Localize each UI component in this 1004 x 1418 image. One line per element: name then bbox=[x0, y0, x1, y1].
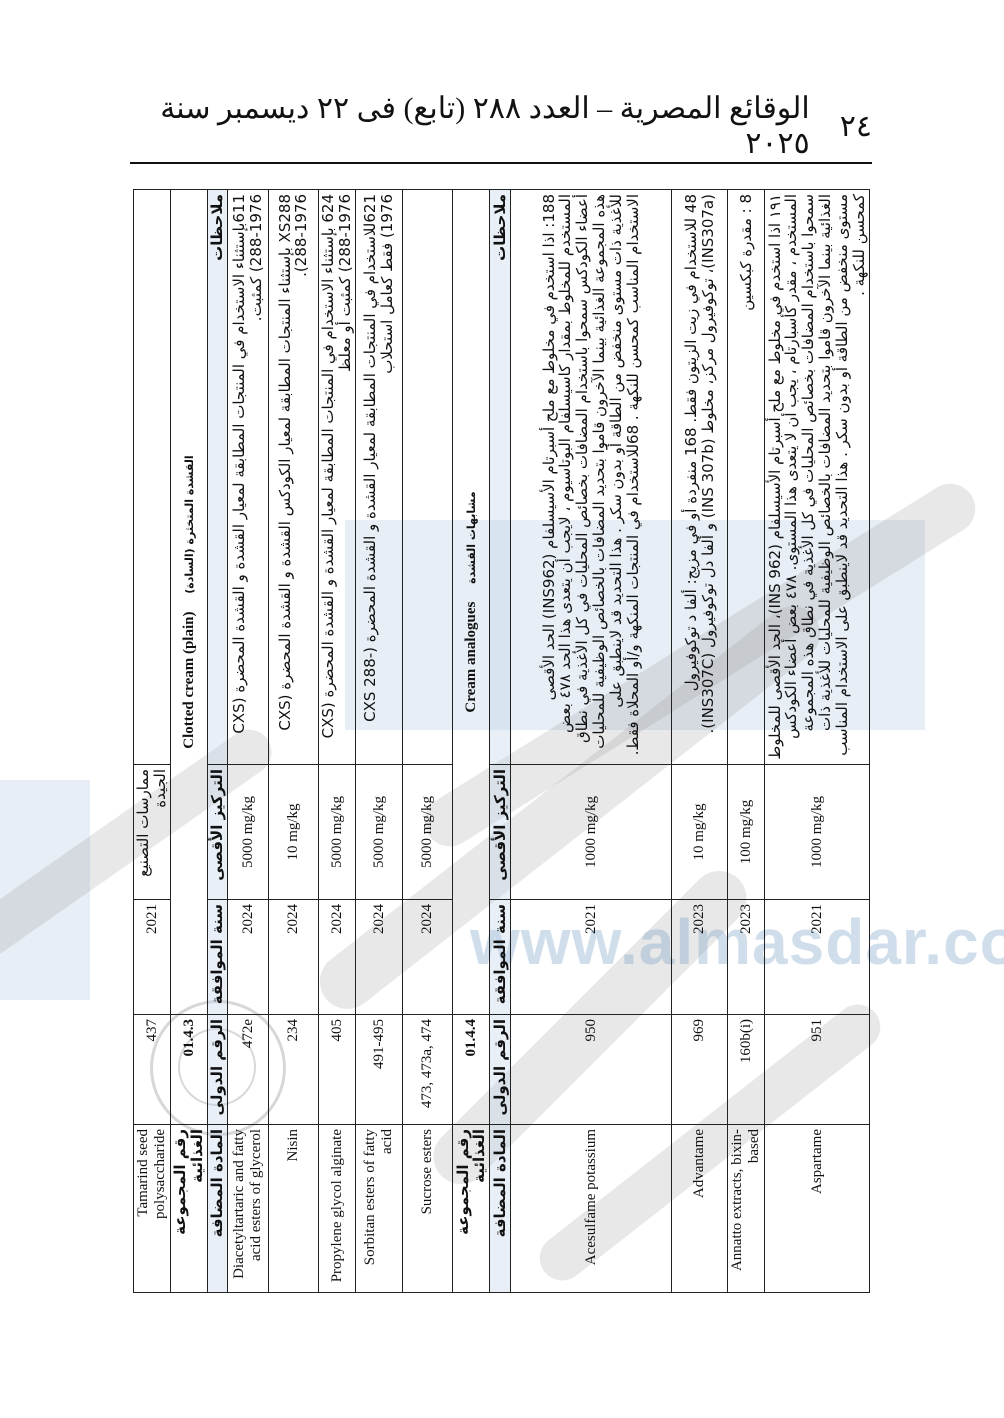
year-cell: 2024 bbox=[268, 900, 319, 1015]
substance-cell: Nisin bbox=[268, 1125, 319, 1293]
ins-cell: 405 bbox=[319, 1015, 356, 1125]
additives-table-container: Tamarind seed polysaccharide 437 2021 مم… bbox=[133, 190, 870, 1293]
group-title-en: Cream analogues bbox=[463, 602, 479, 713]
column-header-row: المادة المضافة الرقم الدولى سنة الموافقة… bbox=[208, 190, 228, 1293]
notes-cell: 48 للاستخدام في زيت الزيتون فقط. 168 منف… bbox=[672, 190, 728, 765]
max-level-cell: 5000 mg/kg bbox=[402, 765, 453, 900]
substance-cell: Sorbitan esters of fatty acid bbox=[356, 1125, 403, 1293]
table-row: Tamarind seed polysaccharide 437 2021 مم… bbox=[134, 190, 171, 1293]
table-row: Nisin 234 2024 10 mg/kg XS288 بإستثناء ا… bbox=[268, 190, 319, 1293]
group-title: Cream analogues مشابهات القشدة bbox=[453, 190, 490, 1015]
group-code: 01.4.3 bbox=[171, 1015, 208, 1125]
col-header-notes: ملاحظات bbox=[490, 190, 510, 765]
group-title-ar: القشدة المتخثرة (السادة) bbox=[183, 455, 196, 593]
substance-cell: Diacetyltartaric and fatty acid esters o… bbox=[228, 1125, 268, 1293]
table-row: Aspartame 951 2021 1000 mg/kg ١٩١ اذا اس… bbox=[764, 190, 869, 1293]
ins-cell: 473, 473a, 474 bbox=[402, 1015, 453, 1125]
ins-cell: 951 bbox=[764, 1015, 869, 1125]
max-level-cell: 1000 mg/kg bbox=[764, 765, 869, 900]
table-row: Diacetyltartaric and fatty acid esters o… bbox=[228, 190, 268, 1293]
max-level-cell: 5000 mg/kg bbox=[319, 765, 356, 900]
table-row: Sucrose esters 473, 473a, 474 2024 5000 … bbox=[402, 190, 453, 1293]
year-cell: 2021 bbox=[134, 900, 171, 1015]
year-cell: 2023 bbox=[727, 900, 764, 1015]
group-header-row: رقم المجموعة الغذائية 01.4.3 Clotted cre… bbox=[171, 190, 208, 1293]
notes-cell: ١٩١ اذا استخدم في مخلوط مع ملح أسبرتام ا… bbox=[764, 190, 869, 765]
notes-cell: 624 بإستثناء الاستخدام في المنتجات المطا… bbox=[319, 190, 356, 765]
substance-cell: Acesulfame potassium bbox=[510, 1125, 672, 1293]
year-cell: 2024 bbox=[228, 900, 268, 1015]
col-header-substance: المادة المضافة bbox=[208, 1125, 228, 1293]
group-title-en: Clotted cream (plain) bbox=[181, 612, 197, 749]
group-header-row: رقم المجموعة الغذائية 01.4.4 Cream analo… bbox=[453, 190, 490, 1293]
header-divider bbox=[130, 162, 872, 164]
col-header-notes: ملاحظات bbox=[208, 190, 228, 765]
year-cell: 2024 bbox=[319, 900, 356, 1015]
year-cell: 2024 bbox=[356, 900, 403, 1015]
col-header-max: التركيز الأقصى bbox=[490, 765, 510, 900]
year-cell: 2024 bbox=[402, 900, 453, 1015]
substance-cell: Aspartame bbox=[764, 1125, 869, 1293]
ins-cell: 950 bbox=[510, 1015, 672, 1125]
group-title-ar: مشابهات القشدة bbox=[465, 491, 478, 583]
max-level-cell: 100 mg/kg bbox=[727, 765, 764, 900]
max-level-cell: 5000 mg/kg bbox=[228, 765, 268, 900]
notes-cell bbox=[402, 190, 453, 765]
ins-cell: 491-495 bbox=[356, 1015, 403, 1125]
year-cell: 2021 bbox=[510, 900, 672, 1015]
year-cell: 2023 bbox=[672, 900, 728, 1015]
substance-cell: Annatto extracts, bixin-based bbox=[727, 1125, 764, 1293]
table-row: Sorbitan esters of fatty acid 491-495 20… bbox=[356, 190, 403, 1293]
col-header-max: التركيز الأقصى bbox=[208, 765, 228, 900]
max-level-cell: 1000 mg/kg bbox=[510, 765, 672, 900]
notes-cell: 621للاستخدام في المنتجات المطابقة لمعيار… bbox=[356, 190, 403, 765]
col-header-ins: الرقم الدولى bbox=[208, 1015, 228, 1125]
ins-cell: 234 bbox=[268, 1015, 319, 1125]
page-header: ٢٤ الوقائع المصرية – العدد ٢٨٨ (تابع) فى… bbox=[130, 108, 872, 144]
food-additives-table: Tamarind seed polysaccharide 437 2021 مم… bbox=[133, 189, 870, 1293]
col-header-year: سنة الموافقة bbox=[490, 900, 510, 1015]
column-header-row: المادة المضافة الرقم الدولى سنة الموافقة… bbox=[490, 190, 510, 1293]
col-header-ins: الرقم الدولى bbox=[490, 1015, 510, 1125]
table-row: Annatto extracts, bixin-based 160b(i) 20… bbox=[727, 190, 764, 1293]
max-level-cell: ممارسات التصنيع الجيدة bbox=[134, 765, 171, 900]
notes-cell: 188: اذا استخدم في مخلوط مع ملح أسبرتام … bbox=[510, 190, 672, 765]
substance-cell: Propylene glycol alginate bbox=[319, 1125, 356, 1293]
ins-cell: 160b(i) bbox=[727, 1015, 764, 1125]
ins-cell: 969 bbox=[672, 1015, 728, 1125]
group-code: 01.4.4 bbox=[453, 1015, 490, 1125]
ins-cell: 437 bbox=[134, 1015, 171, 1125]
group-label: رقم المجموعة الغذائية bbox=[453, 1125, 490, 1293]
gazette-title: الوقائع المصرية – العدد ٢٨٨ (تابع) فى ٢٢… bbox=[130, 91, 810, 161]
notes-cell: 8 : مقدرة كبكسين bbox=[727, 190, 764, 765]
table-row: Advantame 969 2023 10 mg/kg 48 للاستخدام… bbox=[672, 190, 728, 1293]
group-title: Clotted cream (plain) القشدة المتخثرة (ا… bbox=[171, 190, 208, 1015]
group-label: رقم المجموعة الغذائية bbox=[171, 1125, 208, 1293]
page-number: ٢٤ bbox=[840, 109, 872, 144]
max-level-cell: 5000 mg/kg bbox=[356, 765, 403, 900]
max-level-cell: 10 mg/kg bbox=[672, 765, 728, 900]
notes-cell bbox=[134, 190, 171, 765]
substance-cell: Advantame bbox=[672, 1125, 728, 1293]
table-row: Acesulfame potassium 950 2021 1000 mg/kg… bbox=[510, 190, 672, 1293]
notes-cell: 611بإستثناء الاستخدام في المنتجات المطاب… bbox=[228, 190, 268, 765]
year-cell: 2021 bbox=[764, 900, 869, 1015]
col-header-year: سنة الموافقة bbox=[208, 900, 228, 1015]
substance-cell: Sucrose esters bbox=[402, 1125, 453, 1293]
ins-cell: 472e bbox=[228, 1015, 268, 1125]
substance-cell: Tamarind seed polysaccharide bbox=[134, 1125, 171, 1293]
table-row: Propylene glycol alginate 405 2024 5000 … bbox=[319, 190, 356, 1293]
notes-cell: XS288 بإستثناء المنتجات المطابقة لمعيار … bbox=[268, 190, 319, 765]
col-header-substance: المادة المضافة bbox=[490, 1125, 510, 1293]
max-level-cell: 10 mg/kg bbox=[268, 765, 319, 900]
